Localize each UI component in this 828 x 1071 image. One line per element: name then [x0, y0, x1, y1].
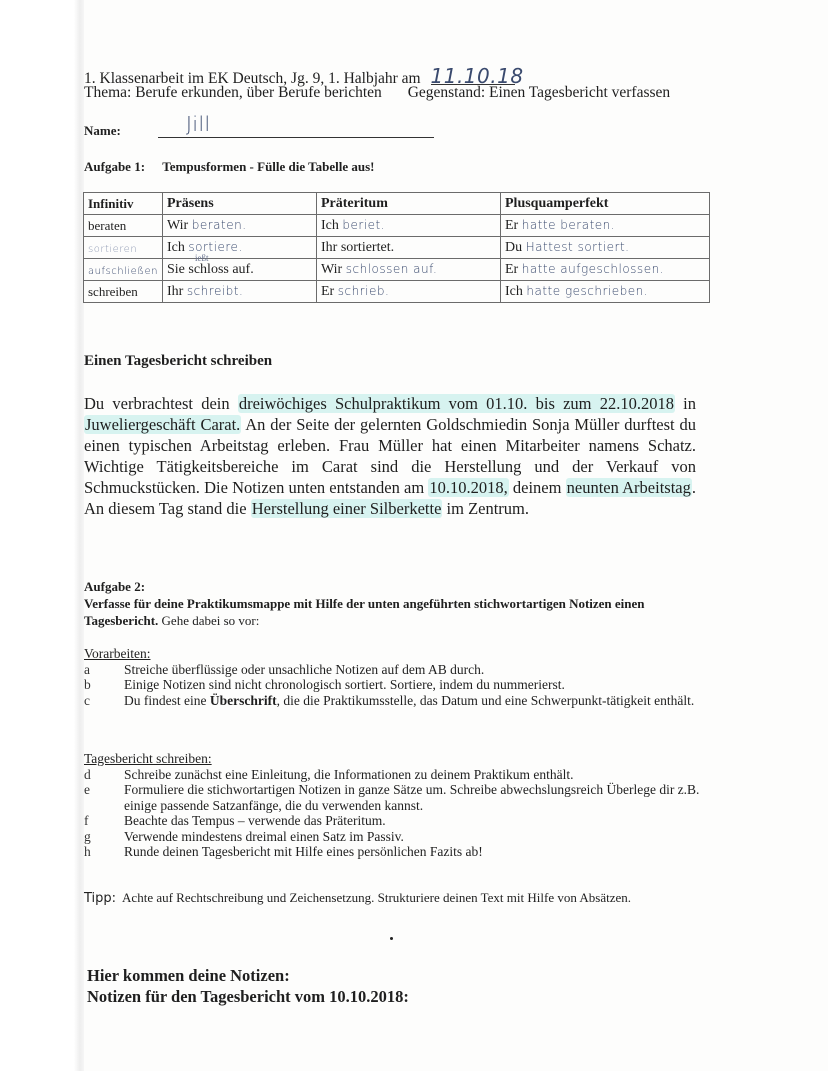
- name-label: Name:: [84, 123, 121, 139]
- exam-topic-line: Thema: Berufe erkunden, über Berufe beri…: [84, 84, 670, 102]
- cell-praesens: Wir beraten.: [163, 215, 317, 237]
- task1-heading: Aufgabe 1: Tempusformen - Fülle die Tabe…: [84, 159, 375, 175]
- list-item: hRunde deinen Tagesbericht mit Hilfe ein…: [84, 844, 704, 860]
- name-line: [158, 137, 434, 138]
- exam-topic: Thema: Berufe erkunden, über Berufe beri…: [84, 84, 382, 101]
- cell-plusquamperfekt: Er hatte aufgeschlossen.: [501, 259, 710, 281]
- list-item: gVerwende mindestens dreimal einen Satz …: [84, 829, 704, 845]
- cell-praesens: Ihr schreibt.: [163, 281, 317, 303]
- exam-subject: Gegenstand: Einen Tagesbericht verfassen: [408, 84, 670, 101]
- tip-text: Achte auf Rechtschreibung und Zeichenset…: [122, 890, 631, 905]
- table-row: sortieren Ich sortiere. Ihr sortiertet. …: [84, 237, 710, 259]
- col-header-infinitiv: Infinitiv: [84, 193, 163, 215]
- cell-praeteritum: Ihr sortiertet.: [317, 237, 501, 259]
- cell-infinitiv: schreiben: [84, 281, 163, 303]
- table-header-row: Infinitiv Präsens Präteritum Plusquamper…: [84, 193, 710, 215]
- list-item: cDu findest eine Überschrift, die die Pr…: [84, 693, 704, 709]
- scenario-paragraph: Du verbrachtest dein dreiwöchiges Schulp…: [84, 393, 696, 519]
- paragraph-text: Du verbrachtest dein: [84, 394, 238, 413]
- highlighted-text: dreiwöchiges Schulpraktikum vom 01.10. b…: [238, 394, 675, 413]
- list-item: bEinige Notizen sind nicht chronologisch…: [84, 677, 704, 693]
- table-row: aufschließen Sie schloss auf.ießt Wir sc…: [84, 259, 710, 281]
- highlighted-text: Herstellung einer Silberkette: [251, 499, 443, 518]
- cell-praesens: Ich sortiere.: [163, 237, 317, 259]
- col-header-praesens: Präsens: [163, 193, 317, 215]
- table-row: beraten Wir beraten. Ich beriet. Er hatt…: [84, 215, 710, 237]
- section-title: Einen Tagesbericht schreiben: [84, 353, 272, 370]
- worksheet-page: 1. Klassenarbeit im EK Deutsch, Jg. 9, 1…: [0, 0, 828, 1071]
- paragraph-text: deinem: [509, 478, 566, 497]
- highlighted-text: neunten Arbeitstag: [566, 478, 692, 497]
- speck-mark: [390, 937, 393, 940]
- cell-plusquamperfekt: Er hatte beraten.: [501, 215, 710, 237]
- task2-label: Aufgabe 2:: [84, 578, 704, 595]
- notes-subheading: Notizen für den Tagesbericht vom 10.10.2…: [87, 987, 409, 1007]
- handwritten-correction: ießt: [195, 253, 209, 263]
- cell-infinitiv: sortieren: [84, 237, 163, 259]
- cell-plusquamperfekt: Du Hattest sortiert.: [501, 237, 710, 259]
- cell-praeteritum: Ich beriet.: [317, 215, 501, 237]
- paragraph-text: im Zentrum.: [442, 499, 529, 518]
- cell-praesens: Sie schloss auf.ießt: [163, 259, 317, 281]
- task1-label: Aufgabe 1:: [84, 159, 145, 174]
- task1-title: Tempusformen - Fülle die Tabelle aus!: [162, 159, 374, 174]
- tip-label: Tipp:: [84, 891, 116, 906]
- tip-line: Tipp:Achte auf Rechtschreibung und Zeich…: [84, 890, 631, 906]
- list-item: eFormuliere die stichwortartigen Notizen…: [84, 782, 704, 813]
- cell-praeteritum: Wir schlossen auf.: [317, 259, 501, 281]
- task2-block: Aufgabe 2: Verfasse für deine Praktikums…: [84, 578, 704, 629]
- tense-table: Infinitiv Präsens Präteritum Plusquamper…: [83, 192, 710, 303]
- preparation-list: Vorarbeiten: aStreiche überflüssige oder…: [84, 646, 704, 708]
- preparation-heading: Vorarbeiten:: [84, 646, 704, 662]
- col-header-praeteritum: Präteritum: [317, 193, 501, 215]
- cell-infinitiv: aufschließen: [84, 259, 163, 281]
- cell-infinitiv: beraten: [84, 215, 163, 237]
- table-row: schreiben Ihr schreibt. Er schrieb. Ich …: [84, 281, 710, 303]
- list-item: aStreiche überflüssige oder unsachliche …: [84, 662, 704, 678]
- col-header-plusquamperfekt: Plusquamperfekt: [501, 193, 710, 215]
- notes-heading: Hier kommen deine Notizen:: [87, 966, 290, 986]
- highlighted-text: Juweliergeschäft Carat.: [84, 415, 241, 434]
- exam-date-handwritten: 11.10.18: [431, 68, 515, 85]
- task2-instruction: Verfasse für deine Praktikumsmappe mit H…: [84, 595, 704, 629]
- cell-praeteritum: Er schrieb.: [317, 281, 501, 303]
- list-item: fBeachte das Tempus – verwende das Präte…: [84, 813, 704, 829]
- report-writing-heading: Tagesbericht schreiben:: [84, 751, 704, 767]
- paragraph-text: in: [675, 394, 696, 413]
- list-item: dSchreibe zunächst eine Einleitung, die …: [84, 767, 704, 783]
- report-writing-list: Tagesbericht schreiben: dSchreibe zunäch…: [84, 751, 704, 860]
- highlighted-text: 10.10.2018,: [428, 478, 508, 497]
- name-value-handwritten: Jill: [186, 112, 211, 136]
- cell-plusquamperfekt: Ich hatte geschrieben.: [501, 281, 710, 303]
